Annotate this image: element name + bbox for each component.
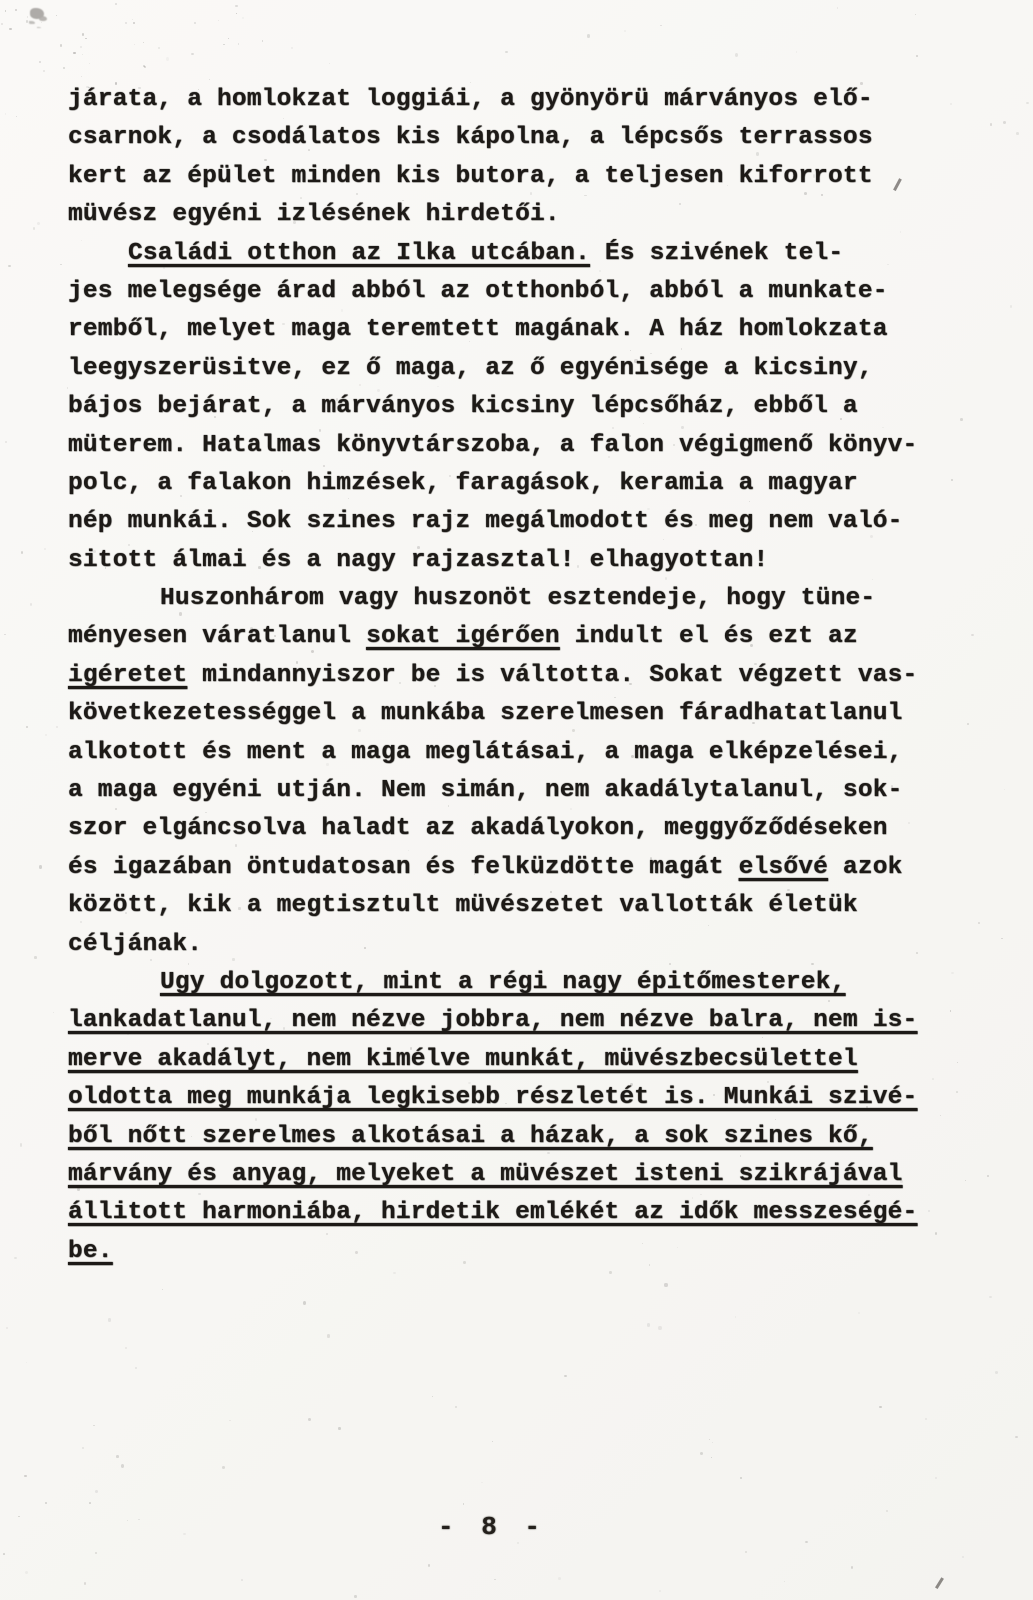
- text-run: céljának.: [68, 931, 202, 958]
- underlined-text-run: lankadatlanul, nem nézve jobbra, nem néz…: [68, 1007, 917, 1034]
- text-line: ményesen váratlanul sokat igérően indult…: [68, 618, 918, 656]
- text-line: állitott harmoniába, hirdetik emlékét az…: [68, 1194, 918, 1232]
- text-run: azok: [828, 854, 903, 881]
- underlined-text-run: Ugy dolgozott, mint a régi nagy épitőmes…: [160, 969, 846, 996]
- text-line: márvány és anyag, melyeket a müvészet is…: [68, 1156, 918, 1194]
- text-run: kert az épület minden kis butora, a telj…: [68, 163, 873, 190]
- text-line: a maga egyéni utján. Nem simán, nem akad…: [68, 772, 918, 810]
- text-run: a maga egyéni utján. Nem simán, nem akad…: [68, 777, 903, 804]
- text-run: müvész egyéni izlésének hirdetői.: [68, 201, 560, 228]
- scan-tick-mark: [935, 1577, 943, 1589]
- text-run: alkotott és ment a maga meglátásai, a ma…: [68, 739, 903, 766]
- text-run: És szivének tel-: [590, 240, 843, 267]
- text-run: indult el és ezt az: [560, 623, 858, 650]
- text-line: járata, a homlokzat loggiái, a gyönyörü …: [68, 81, 918, 119]
- text-line: jes melegsége árad abból az otthonból, a…: [68, 273, 918, 311]
- text-line: között, kik a megtisztult müvészetet val…: [68, 887, 918, 925]
- text-line: alkotott és ment a maga meglátásai, a ma…: [68, 734, 918, 772]
- text-line: oldotta meg munkája legkisebb részletét …: [68, 1079, 918, 1117]
- underlined-text-run: állitott harmoniába, hirdetik emlékét az…: [68, 1199, 917, 1226]
- text-line: müterem. Hatalmas könyvtárszoba, a falon…: [68, 427, 918, 465]
- text-line: lankadatlanul, nem nézve jobbra, nem néz…: [68, 1002, 918, 1040]
- text-block: járata, a homlokzat loggiái, a gyönyörü …: [68, 81, 918, 1271]
- text-run: bájos bejárat, a márványos kicsiny lépcs…: [68, 393, 858, 420]
- text-line: Családi otthon az Ilka utcában. És szivé…: [68, 235, 918, 273]
- text-line: Ugy dolgozott, mint a régi nagy épitőmes…: [68, 964, 918, 1002]
- text-line: szor elgáncsolva haladt az akadályokon, …: [68, 810, 918, 848]
- underlined-text-run: elsővé: [739, 854, 828, 881]
- text-run: mindannyiszor be is váltotta. Sokat végz…: [187, 662, 917, 689]
- text-line: csarnok, a csodálatos kis kápolna, a lép…: [68, 119, 918, 157]
- text-line: leegyszerüsitve, ez ő maga, az ő egyénis…: [68, 350, 918, 388]
- text-line: céljának.: [68, 926, 918, 964]
- text-run: következetességgel a munkába szerelmesen…: [68, 700, 903, 727]
- text-run: remből, melyet maga teremtett magának. A…: [68, 316, 888, 343]
- page-number: - 8 -: [392, 1512, 592, 1542]
- text-run: Huszonhárom vagy huszonöt esztendeje, ho…: [160, 585, 875, 612]
- underlined-text-run: be.: [68, 1238, 113, 1265]
- text-run: között, kik a megtisztult müvészetet val…: [68, 892, 858, 919]
- text-line: igéretet mindannyiszor be is váltotta. S…: [68, 657, 918, 695]
- text-line: be.: [68, 1233, 918, 1271]
- text-line: polc, a falakon himzések, faragások, ker…: [68, 465, 918, 503]
- text-line: következetességgel a munkába szerelmesen…: [68, 695, 918, 733]
- underlined-text-run: merve akadályt, nem kimélve munkát, müvé…: [68, 1046, 858, 1073]
- text-run: nép munkái. Sok szines rajz megálmodott …: [68, 508, 903, 535]
- document-page: járata, a homlokzat loggiái, a gyönyörü …: [0, 0, 1033, 1600]
- text-run: szor elgáncsolva haladt az akadályokon, …: [68, 815, 888, 842]
- text-line: remből, melyet maga teremtett magának. A…: [68, 311, 918, 349]
- text-run: járata, a homlokzat loggiái, a gyönyörü …: [68, 86, 873, 113]
- text-line: és igazában öntudatosan és felküzdötte m…: [68, 849, 918, 887]
- text-run: müterem. Hatalmas könyvtárszoba, a falon…: [68, 432, 917, 459]
- text-line: bájos bejárat, a márványos kicsiny lépcs…: [68, 388, 918, 426]
- text-line: nép munkái. Sok szines rajz megálmodott …: [68, 503, 918, 541]
- text-line: merve akadályt, nem kimélve munkát, müvé…: [68, 1041, 918, 1079]
- text-run: ményesen váratlanul: [68, 623, 366, 650]
- text-run: és igazában öntudatosan és felküzdötte m…: [68, 854, 739, 881]
- text-run: sitott álmai és a nagy rajzasztal! elhag…: [68, 547, 768, 574]
- text-run: jes melegsége árad abból az otthonból, a…: [68, 278, 888, 305]
- underlined-text-run: ből nőtt szerelmes alkotásai a házak, a …: [68, 1123, 873, 1150]
- underlined-text-run: oldotta meg munkája legkisebb részletét …: [68, 1084, 917, 1111]
- text-line: müvész egyéni izlésének hirdetői.: [68, 196, 918, 234]
- text-line: ből nőtt szerelmes alkotásai a házak, a …: [68, 1118, 918, 1156]
- scan-smudge: [30, 8, 44, 19]
- text-line: sitott álmai és a nagy rajzasztal! elhag…: [68, 542, 918, 580]
- text-line: kert az épület minden kis butora, a telj…: [68, 158, 918, 196]
- underlined-text-run: Családi otthon az Ilka utcában.: [128, 240, 590, 267]
- underlined-text-run: igéretet: [68, 662, 187, 689]
- text-run: polc, a falakon himzések, faragások, ker…: [68, 470, 858, 497]
- underlined-text-run: sokat igérően: [366, 623, 560, 650]
- underlined-text-run: márvány és anyag, melyeket a müvészet is…: [68, 1161, 903, 1188]
- text-line: Huszonhárom vagy huszonöt esztendeje, ho…: [68, 580, 918, 618]
- text-run: leegyszerüsitve, ez ő maga, az ő egyénis…: [68, 355, 873, 382]
- text-run: csarnok, a csodálatos kis kápolna, a lép…: [68, 124, 873, 151]
